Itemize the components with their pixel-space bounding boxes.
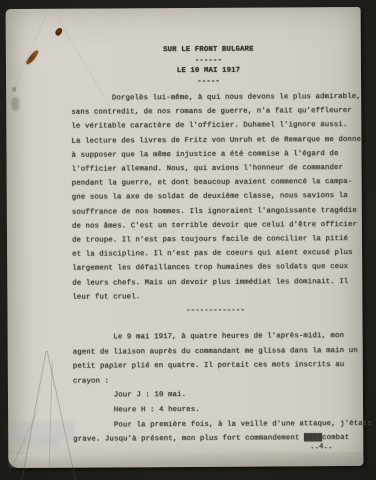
rust-stain-spot <box>54 27 63 37</box>
document-title: SUR LE FRONT BULGARE------LE 10 MAI 1917… <box>136 44 281 88</box>
scanned-page: SUR LE FRONT BULGARE------LE 10 MAI 1917… <box>6 7 364 468</box>
pencil-sketch-line <box>49 361 53 471</box>
text-line: La lecture des livres de Fritz von Unruh… <box>71 132 371 148</box>
section-separator: ------------- <box>175 307 255 315</box>
pencil-sketch-line <box>21 351 46 480</box>
text-line: petit papier plié en quatre. Il portait … <box>73 358 376 374</box>
pencil-sketch-line <box>9 409 39 473</box>
page-marker-text: ..4.. <box>296 443 346 451</box>
paragraph-2: Le 9 mai 1917, à quatre heures de l'aprè… <box>73 329 376 448</box>
text-line: de leurs chefs. Mais un devoir plus immé… <box>72 274 372 290</box>
margin-pencil-mark <box>12 87 16 92</box>
paragraph-1: Dorgelès lui-même, à qui nous devons le … <box>71 90 372 305</box>
text-line: largement les défaillances trop humaines… <box>72 260 372 276</box>
paper-crease <box>0 15 47 125</box>
ink-bleedthrough-ghost <box>16 439 60 448</box>
text-line: ----- <box>136 77 281 89</box>
text-line: Le 9 mai 1917, à quatre heures de l'aprè… <box>73 329 376 345</box>
scanned-document-photo: { "colors": { "scanner_background": "#23… <box>0 0 376 480</box>
text-line: le véritable caractère de l'officier. Du… <box>71 118 371 134</box>
text-line: leur fut cruel. <box>72 289 372 305</box>
ink-bleedthrough-ghost <box>8 421 74 441</box>
separator-dashes: ------------- <box>175 307 255 315</box>
paper-bottom-fold <box>8 452 363 468</box>
paper-crease <box>58 19 104 97</box>
margin-ink-smudge <box>11 97 19 111</box>
rust-stain-streak <box>25 49 39 66</box>
text-line: gne sous la axe de soldat de deuxième cl… <box>72 189 372 205</box>
page-continuation-marker: ..4.. <box>296 443 346 451</box>
